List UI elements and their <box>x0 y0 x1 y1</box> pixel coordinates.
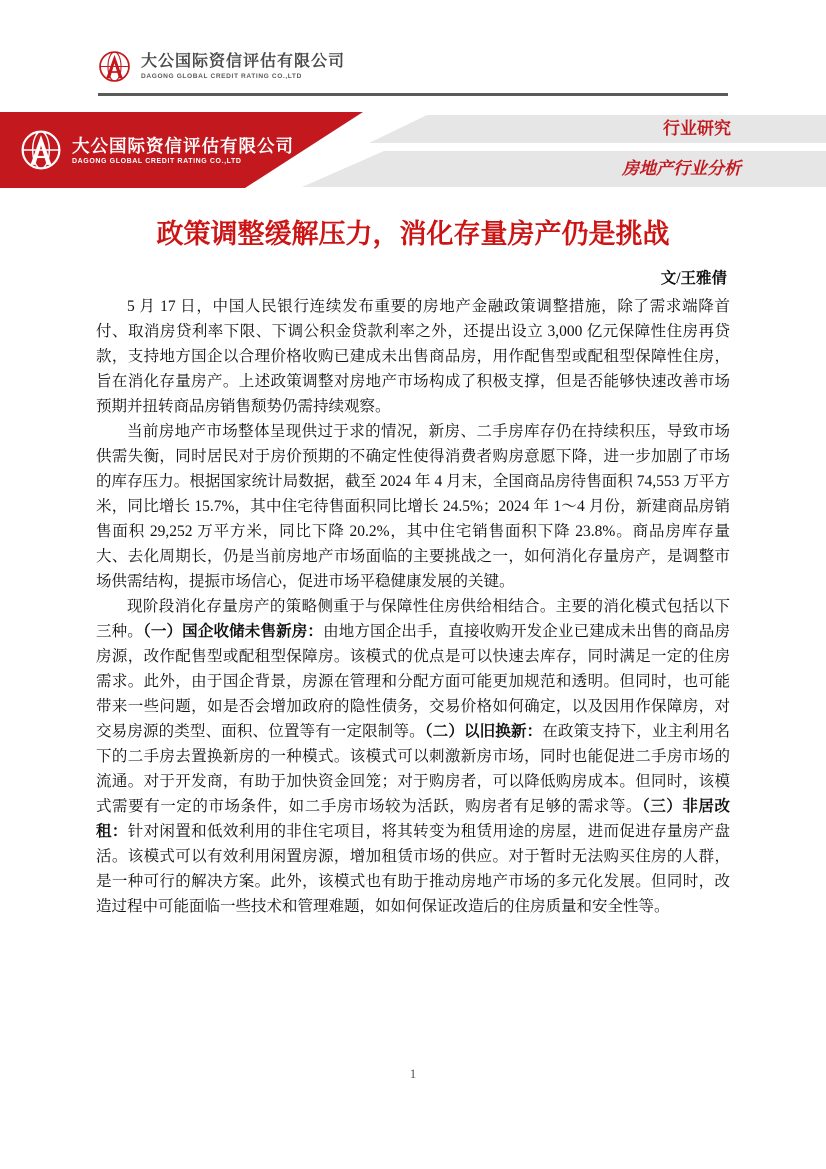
letterhead-divider <box>98 93 728 96</box>
letterhead-company-name-en: DAGONG GLOBAL CREDIT RATING CO.,LTD <box>141 73 345 80</box>
paragraph-market-inventory: 当前房地产市场整体呈现供过于求的情况，新房、二手房库存仍在持续积压，导致市场供需… <box>96 419 730 594</box>
report-banner: 行业研究 房地产行业分析 大公国际资信评估有限公司 DAGONG GLOBAL … <box>0 110 826 188</box>
banner-company-name-en: DAGONG GLOBAL CREDIT RATING CO.,LTD <box>72 158 294 165</box>
article-title: 政策调整缓解压力，消化存量房产仍是挑战 <box>0 212 826 251</box>
dagong-globe-logo-icon <box>98 50 131 83</box>
page-number: 1 <box>0 1066 826 1082</box>
article-byline: 文/王雅倩 <box>661 266 727 288</box>
paragraph-digestion-modes: 现阶段消化存量房产的策略侧重于与保障性住房供给相结合。主要的消化模式包括以下三种… <box>96 594 730 919</box>
paragraph-run: 针对闲置和低效利用的非住宅项目，将其转变为租赁用途的房屋，进而促进存量房产盘活。… <box>96 823 730 915</box>
letterhead-company: 大公国际资信评估有限公司 DAGONG GLOBAL CREDIT RATING… <box>141 53 345 80</box>
banner-company-name-cn: 大公国际资信评估有限公司 <box>72 136 294 156</box>
industry-research-tag-label: 行业研究 <box>663 119 731 138</box>
mode-2-heading: （二）以旧换新： <box>425 723 543 740</box>
document-page: 大公国际资信评估有限公司 DAGONG GLOBAL CREDIT RATING… <box>0 0 826 1169</box>
paragraph-policy-adjustment: 5 月 17 日，中国人民银行连续发布重要的房地产金融政策调整措施，除了需求端降… <box>96 294 730 419</box>
article-body: 5 月 17 日，中国人民银行连续发布重要的房地产金融政策调整措施，除了需求端降… <box>96 294 730 919</box>
dagong-globe-logo-icon <box>20 129 62 171</box>
letterhead: 大公国际资信评估有限公司 DAGONG GLOBAL CREDIT RATING… <box>98 50 345 83</box>
banner-red-band: 大公国际资信评估有限公司 DAGONG GLOBAL CREDIT RATING… <box>0 112 366 188</box>
letterhead-company-name-cn: 大公国际资信评估有限公司 <box>141 53 345 71</box>
real-estate-analysis-tag-label: 房地产行业分析 <box>622 159 741 178</box>
mode-1-heading: （一）国企收储未售新房： <box>143 623 323 640</box>
paragraph-run: 5 月 17 日，中国人民银行连续发布重要的房地产金融政策调整措施，除了需求端降… <box>96 298 730 415</box>
paragraph-run: 当前房地产市场整体呈现供过于求的情况，新房、二手房库存仍在持续积压，导致市场供需… <box>96 423 730 590</box>
banner-company: 大公国际资信评估有限公司 DAGONG GLOBAL CREDIT RATING… <box>72 136 294 165</box>
